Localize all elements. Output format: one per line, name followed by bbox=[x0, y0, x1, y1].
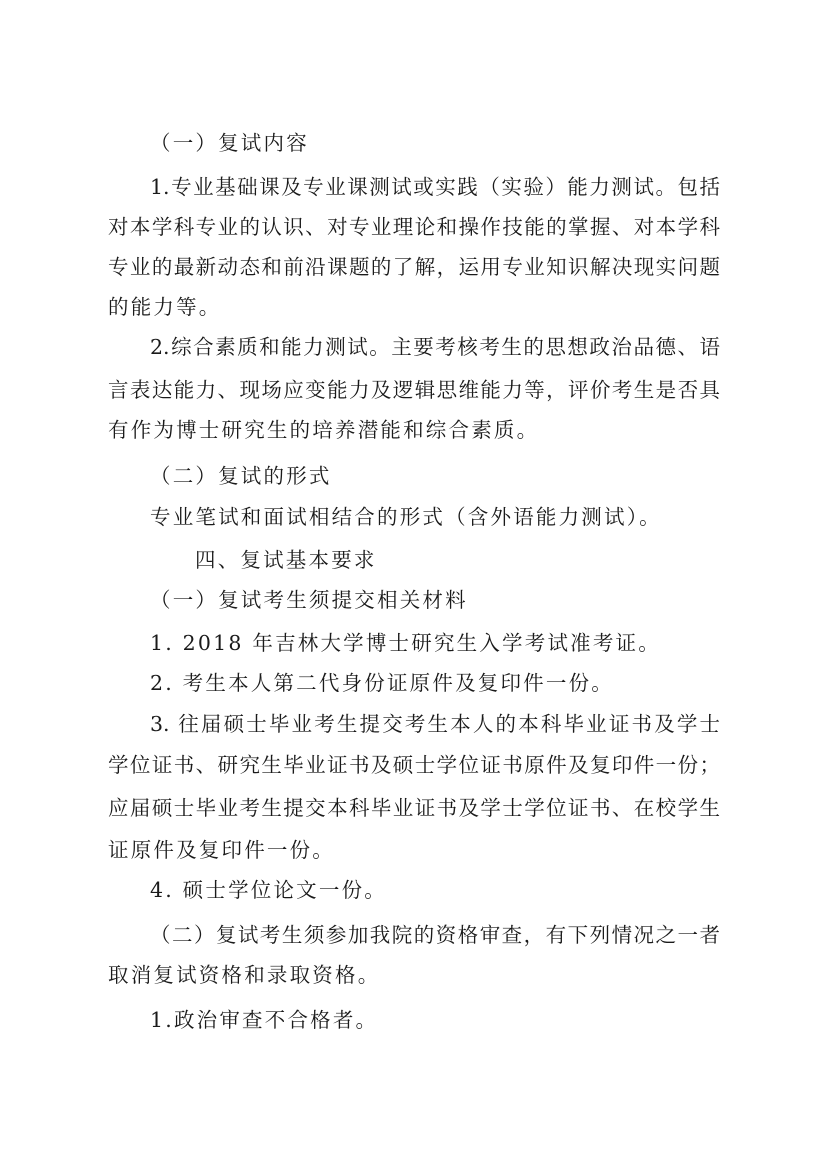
subsection-heading-retest-form: （二）复试的形式 bbox=[150, 464, 332, 488]
subsection-heading-materials: （一）复试考生须提交相关材料 bbox=[150, 588, 468, 612]
subsection-heading-qualification-review: （二）复试考生须参加我院的资格审查，有下列情况之一者 bbox=[150, 923, 720, 947]
paragraph-line: 的能力等。 bbox=[108, 295, 222, 319]
paragraph-line: 对本学科专业的认识、对专业理论和操作技能的掌握、对本学科 bbox=[108, 215, 720, 239]
paragraph-line: 应届硕士毕业考生提交本科毕业证书及学士学位证书、在校学生 bbox=[108, 796, 720, 820]
list-item: 1. 2018 年吉林大学博士研究生入学考试准考证。 bbox=[150, 631, 661, 655]
paragraph-line: 取消复试资格和录取资格。 bbox=[108, 963, 380, 987]
paragraph-line: 专业的最新动态和前沿课题的了解，运用专业知识解决现实问题 bbox=[108, 255, 720, 279]
paragraph-line: 1.专业基础课及专业课测试或实践（实验）能力测试。包括 bbox=[150, 175, 720, 199]
subsection-heading-retest-content: （一）复试内容 bbox=[150, 131, 309, 155]
list-item: 3. 往届硕士毕业考生提交考生本人的本科毕业证书及学士 bbox=[150, 712, 720, 736]
paragraph-line: 2.综合素质和能力测试。主要考核考生的思想政治品德、语 bbox=[150, 335, 720, 359]
paragraph-line: 言表达能力、现场应变能力及逻辑思维能力等，评价考生是否具 bbox=[108, 378, 720, 402]
paragraph-line: 专业笔试和面试相结合的形式（含外语能力测试）。 bbox=[150, 505, 662, 529]
paragraph-line: 学位证书、研究生毕业证书及硕士学位证书原件及复印件一份； bbox=[108, 753, 720, 777]
list-item: 1.政治审查不合格者。 bbox=[150, 1008, 378, 1032]
list-item: 2. 考生本人第二代身份证原件及复印件一份。 bbox=[150, 671, 614, 695]
section-heading-basic-requirements: 四、复试基本要求 bbox=[195, 548, 377, 572]
paragraph-line: 证原件及复印件一份。 bbox=[108, 838, 335, 862]
list-item: 4. 硕士学位论文一份。 bbox=[150, 878, 387, 902]
paragraph-line: 有作为博士研究生的培养潜能和综合素质。 bbox=[108, 418, 539, 442]
